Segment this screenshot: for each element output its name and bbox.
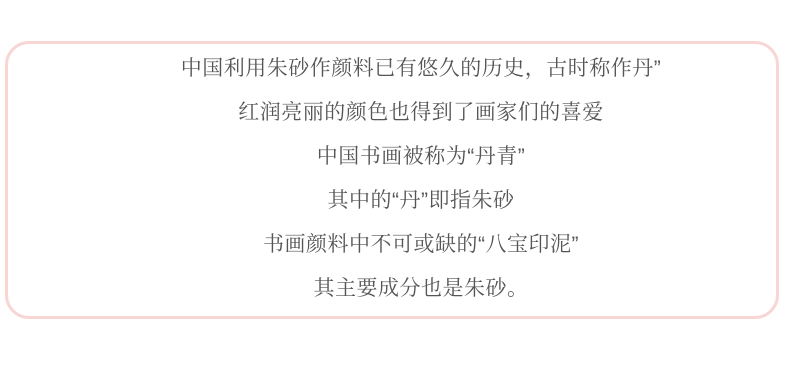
text-line: 其主要成分也是朱砂。 [52,267,790,311]
text-line: 书画颜料中不可或缺的“八宝印泥” [52,223,790,267]
text-line: 中国书画被称为“丹青” [52,135,790,179]
text-block: 中国利用朱砂作颜料已有悠久的历史，古时称作丹” 红润亮丽的颜色也得到了画家们的喜… [52,47,790,311]
text-line: 红润亮丽的颜色也得到了画家们的喜爱 [52,91,790,135]
text-line: 其中的“丹”即指朱砂 [52,179,790,223]
page: 中国利用朱砂作颜料已有悠久的历史，古时称作丹” 红润亮丽的颜色也得到了画家们的喜… [0,0,790,370]
text-line: 中国利用朱砂作颜料已有悠久的历史，古时称作丹” [52,47,790,91]
